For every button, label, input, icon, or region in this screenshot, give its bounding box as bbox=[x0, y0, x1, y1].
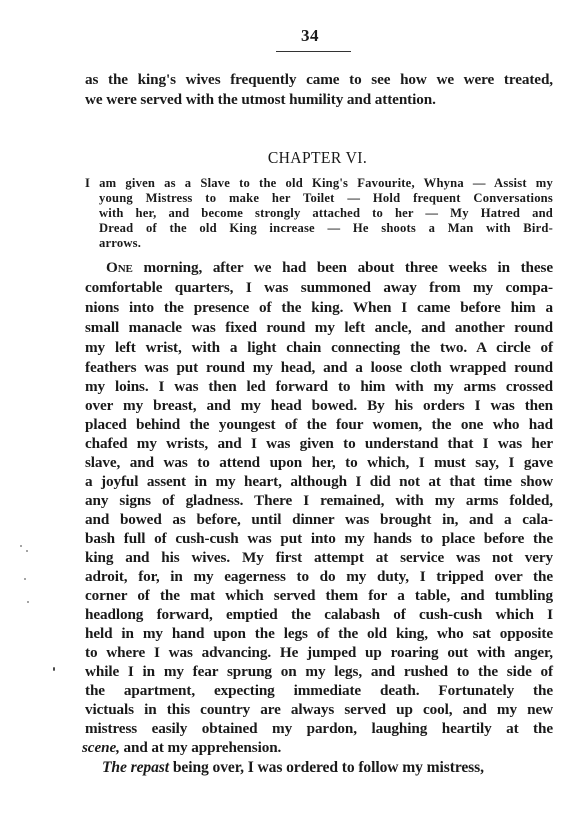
body-line: to where I was advancing. He jumped up r… bbox=[85, 643, 553, 663]
next-paragraph-text: being over, I was ordered to follow my m… bbox=[169, 759, 484, 776]
scan-speck bbox=[27, 601, 29, 603]
body-line: any signs of gladness. There I remained,… bbox=[85, 491, 553, 511]
body-line: my loins. I was then led forward to him … bbox=[85, 377, 553, 397]
body-line: slave, and was to attend upon her, to wh… bbox=[85, 453, 553, 473]
body-line: small manacle was fixed round my left an… bbox=[85, 318, 553, 338]
body-line: chafed my wrists, and I was given to und… bbox=[85, 434, 553, 454]
body-line: placed behind the youngest of the four w… bbox=[85, 415, 553, 435]
scan-speck bbox=[26, 550, 28, 552]
summary-line: arrows. bbox=[99, 236, 553, 251]
body-line: victuals in this country are always serv… bbox=[85, 700, 553, 720]
body-line: a joyful assent in my heart, although I … bbox=[85, 472, 553, 492]
last-line-text: and at my apprehension. bbox=[120, 739, 281, 756]
scan-speck bbox=[53, 667, 55, 671]
chapter-title: CHAPTER VI. bbox=[81, 148, 555, 168]
body-line: nions into the presence of the king. Whe… bbox=[85, 298, 553, 318]
body-line: corner of the mat which served them for … bbox=[85, 586, 553, 606]
body-line: and bowed as before, until dinner was br… bbox=[85, 510, 553, 530]
italic-word: scene, bbox=[82, 739, 120, 756]
body-line: held in my hand upon the legs of the old… bbox=[85, 624, 553, 644]
italic-phrase: The repast bbox=[102, 759, 169, 776]
body-line: my left wrist, with a light chain connec… bbox=[85, 338, 553, 358]
body-line: adroit, for, in my eagerness to do my du… bbox=[85, 567, 553, 587]
body-line: mistress easily obtained my pardon, laug… bbox=[85, 719, 553, 739]
scan-speck bbox=[24, 578, 26, 580]
body-line: headlong forward, emptied the calabash o… bbox=[85, 605, 553, 625]
paragraph-last-line: scene, and at my apprehension. bbox=[82, 738, 550, 758]
page-number-rule bbox=[276, 51, 351, 52]
summary-line: with her, and become strongly attached t… bbox=[99, 206, 553, 221]
page-number: 34 bbox=[250, 26, 370, 46]
body-line: while I in my fear sprung on my legs, an… bbox=[85, 662, 553, 682]
body-line: bash full of cush-cush was put into my h… bbox=[85, 529, 553, 549]
carryover-line-2: we were served with the utmost humility … bbox=[85, 90, 553, 110]
body-line: the apartment, expecting immediate death… bbox=[85, 681, 553, 701]
body-line: comfortable quarters, I was summoned awa… bbox=[85, 278, 553, 298]
body-first-line: One morning, after we had been about thr… bbox=[106, 258, 553, 278]
dropcap-word: One bbox=[106, 259, 133, 276]
body-line: over my breast, and my head bowed. By hi… bbox=[85, 396, 553, 416]
summary-line: I am given as a Slave to the old King's … bbox=[85, 176, 553, 191]
summary-line: Dread of the old King increase — He shoo… bbox=[99, 221, 553, 236]
body-line: feathers was put round my head, and a lo… bbox=[85, 358, 553, 378]
carryover-line-1: as the king's wives frequently came to s… bbox=[85, 70, 553, 90]
next-paragraph-line: The repast being over, I was ordered to … bbox=[102, 758, 549, 778]
scan-speck bbox=[20, 545, 22, 547]
book-page: 34 as the king's wives frequently came t… bbox=[0, 0, 575, 835]
summary-line: young Mistress to make her Toilet — Hold… bbox=[99, 191, 553, 206]
body-line: king and his wives. My first attempt at … bbox=[85, 548, 553, 568]
first-line-text: morning, after we had been about three w… bbox=[133, 259, 553, 276]
